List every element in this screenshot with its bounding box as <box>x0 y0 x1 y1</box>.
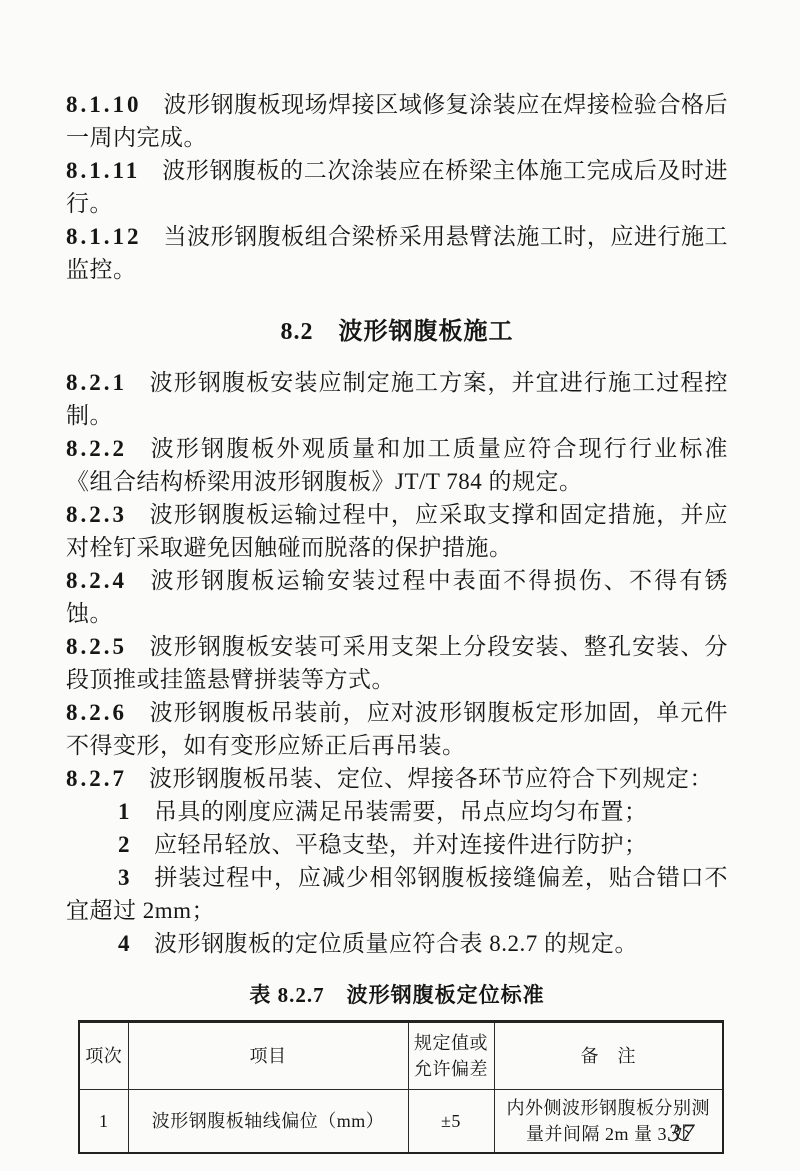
clause-8-1-11: 8.1.11波形钢腹板的二次涂装应在桥梁主体施工完成后及时进行。 <box>66 154 728 220</box>
subitem-text: 吊具的刚度应满足吊装需要，吊点应均匀布置； <box>154 799 648 824</box>
subitem-number: 4 <box>118 931 130 956</box>
clause-number: 8.2.4 <box>66 568 127 593</box>
clause-text: 波形钢腹板安装可采用支架上分段安装、整孔安装、分段顶推或挂篮悬臂拼装等方式。 <box>66 634 728 692</box>
subitem-text: 应轻吊轻放、平稳支垫，并对连接件进行防护； <box>154 832 648 857</box>
table-header-note: 备 注 <box>494 1022 723 1090</box>
table-cell-value: ±5 <box>408 1090 494 1154</box>
clause-number: 8.2.3 <box>66 502 127 527</box>
clause-text: 波形钢腹板运输过程中，应采取支撑和固定措施，并应对栓钉采取避免因触碰而脱落的保护… <box>66 502 728 560</box>
page-content: 8.1.10波形钢腹板现场焊接区域修复涂装应在焊接检验合格后一周内完成。 8.1… <box>66 88 728 1154</box>
table-header-index: 项次 <box>79 1022 128 1090</box>
table-header-row: 项次 项目 规定值或允许偏差 备 注 <box>79 1022 723 1090</box>
clause-8-1-10: 8.1.10波形钢腹板现场焊接区域修复涂装应在焊接检验合格后一周内完成。 <box>66 88 728 154</box>
subitem-text: 波形钢腹板的定位质量应符合表 8.2.7 的规定。 <box>154 931 638 956</box>
clause-8-2-5: 8.2.5波形钢腹板安装可采用支架上分段安装、整孔安装、分段顶推或挂篮悬臂拼装等… <box>66 630 728 696</box>
clause-8-1-12: 8.1.12当波形钢腹板组合梁桥采用悬臂法施工时，应进行施工监控。 <box>66 220 728 286</box>
table-header-item: 项目 <box>128 1022 408 1090</box>
clause-number: 8.1.11 <box>66 158 140 183</box>
clause-number: 8.2.6 <box>66 700 127 725</box>
clause-8-2-4: 8.2.4波形钢腹板运输安装过程中表面不得损伤、不得有锈蚀。 <box>66 564 728 630</box>
clause-number: 8.1.12 <box>66 224 142 249</box>
clause-text: 波形钢腹板运输安装过程中表面不得损伤、不得有锈蚀。 <box>66 568 728 626</box>
table-caption: 表 8.2.7 波形钢腹板定位标准 <box>66 980 728 1010</box>
page-number: 37 <box>668 1120 695 1148</box>
clause-text: 当波形钢腹板组合梁桥采用悬臂法施工时，应进行施工监控。 <box>66 224 728 282</box>
subitem-text: 拼装过程中，应减少相邻钢腹板接缝偏差，贴合错口不宜超过 2mm； <box>66 865 728 923</box>
clause-text: 波形钢腹板安装应制定施工方案，并宜进行施工过程控制。 <box>66 370 728 428</box>
subitem-number: 1 <box>118 799 130 824</box>
subitem-number: 2 <box>118 832 130 857</box>
clause-text: 波形钢腹板吊装、定位、焊接各环节应符合下列规定： <box>149 766 713 791</box>
clause-text: 波形钢腹板吊装前，应对波形钢腹板定形加固，单元件不得变形，如有变形应矫正后再吊装… <box>66 700 728 758</box>
section-heading: 8.2 波形钢腹板施工 <box>66 314 728 350</box>
clause-8-2-2: 8.2.2波形钢腹板外观质量和加工质量应符合现行行业标准《组合结构桥梁用波形钢腹… <box>66 432 728 498</box>
clause-text: 波形钢腹板的二次涂装应在桥梁主体施工完成后及时进行。 <box>66 158 728 216</box>
clause-8-2-6: 8.2.6波形钢腹板吊装前，应对波形钢腹板定形加固，单元件不得变形，如有变形应矫… <box>66 696 728 762</box>
table-cell-item: 波形钢腹板轴线偏位（mm） <box>128 1090 408 1154</box>
clause-8-2-7: 8.2.7波形钢腹板吊装、定位、焊接各环节应符合下列规定： <box>66 762 728 795</box>
table-cell-index: 1 <box>79 1090 128 1154</box>
clause-number: 8.2.7 <box>66 766 127 791</box>
subitem-3: 3拼装过程中，应减少相邻钢腹板接缝偏差，贴合错口不宜超过 2mm； <box>66 861 728 927</box>
clause-number: 8.2.2 <box>66 436 127 461</box>
clause-8-2-1: 8.2.1波形钢腹板安装应制定施工方案，并宜进行施工过程控制。 <box>66 366 728 432</box>
clause-number: 8.2.5 <box>66 634 127 659</box>
subitem-number: 3 <box>118 865 130 890</box>
table-row: 1 波形钢腹板轴线偏位（mm） ±5 内外侧波形钢腹板分别测量并间隔 2m 量 … <box>79 1090 723 1154</box>
subitem-1: 1吊具的刚度应满足吊装需要，吊点应均匀布置； <box>66 795 728 828</box>
clause-text: 波形钢腹板外观质量和加工质量应符合现行行业标准《组合结构桥梁用波形钢腹板》JT/… <box>66 436 728 494</box>
subitem-2: 2应轻吊轻放、平稳支垫，并对连接件进行防护； <box>66 828 728 861</box>
clause-number: 8.2.1 <box>66 370 127 395</box>
subitem-4: 4波形钢腹板的定位质量应符合表 8.2.7 的规定。 <box>66 927 728 960</box>
clause-8-2-3: 8.2.3波形钢腹板运输过程中，应采取支撑和固定措施，并应对栓钉采取避免因触碰而… <box>66 498 728 564</box>
table-header-value: 规定值或允许偏差 <box>408 1022 494 1090</box>
document-page: 8.1.10波形钢腹板现场焊接区域修复涂装应在焊接检验合格后一周内完成。 8.1… <box>0 0 800 1171</box>
clause-number: 8.1.10 <box>66 92 142 117</box>
clause-text: 波形钢腹板现场焊接区域修复涂装应在焊接检验合格后一周内完成。 <box>66 92 728 150</box>
positioning-standards-table: 项次 项目 规定值或允许偏差 备 注 1 波形钢腹板轴线偏位（mm） ±5 内外… <box>78 1020 724 1154</box>
